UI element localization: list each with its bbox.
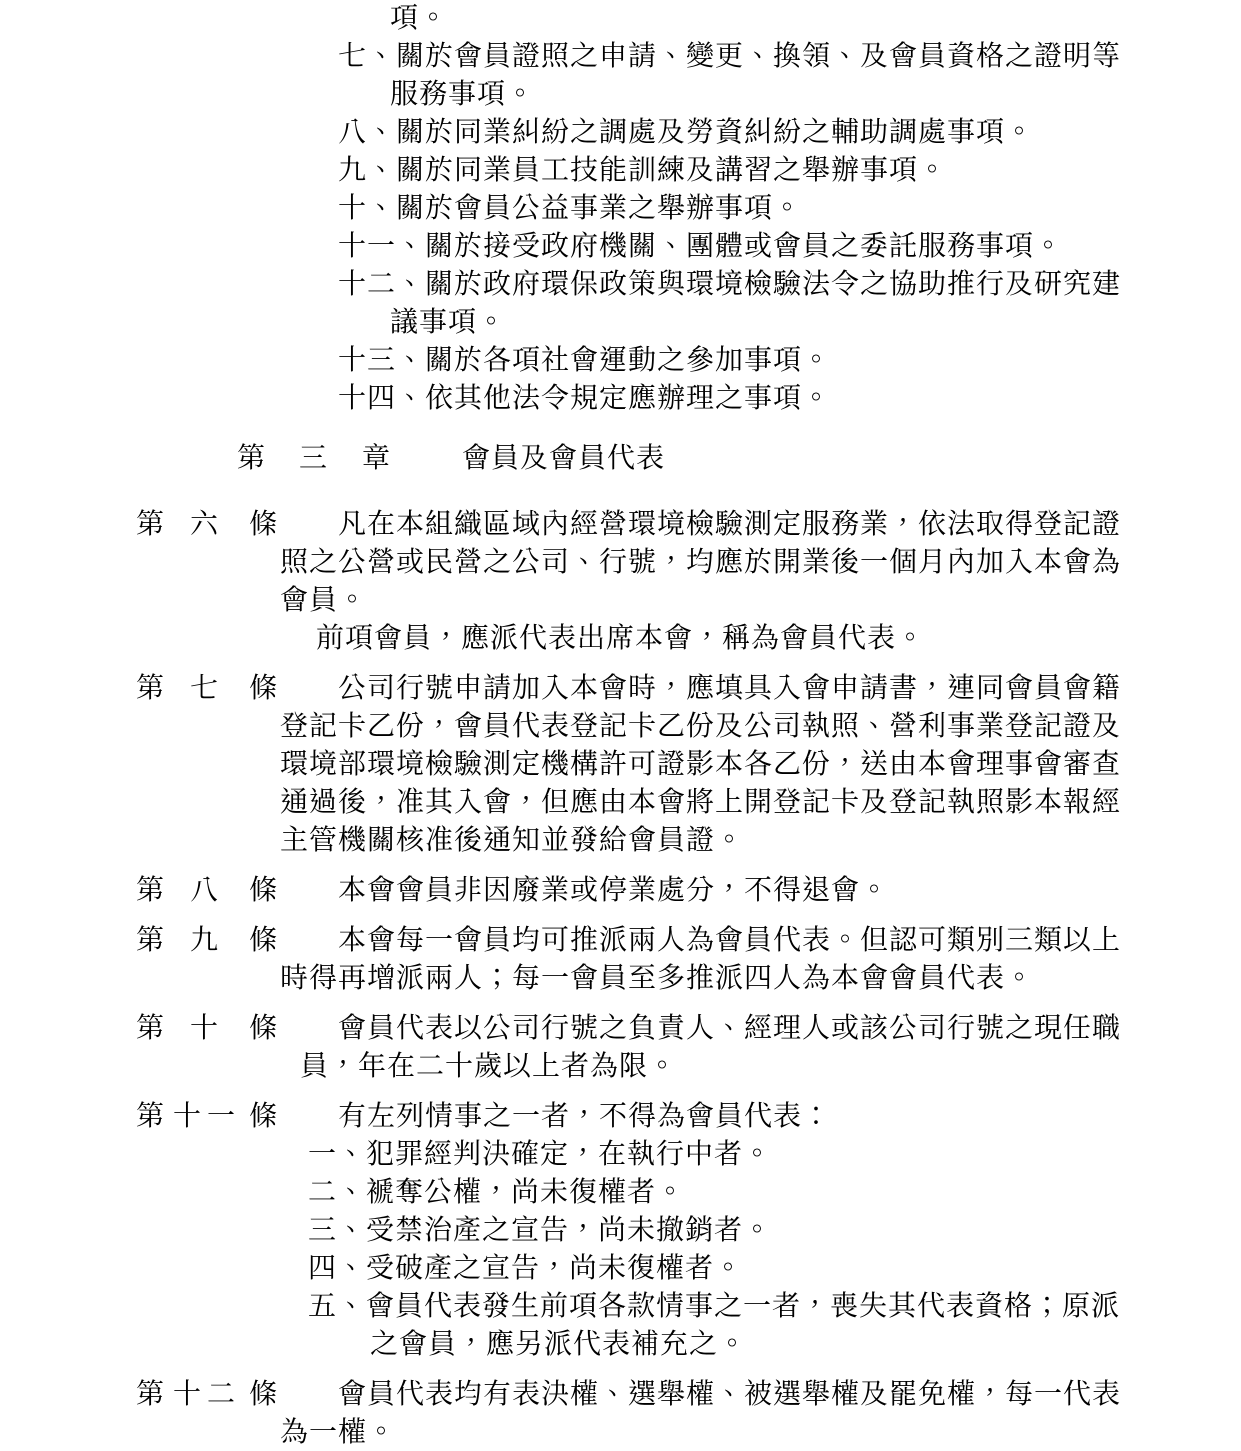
article: 第七條公司行號申請加入本會時，應填具入會申請書，連同會員會籍登記卡乙份，會員代表… (0, 670, 1241, 860)
article-label-di: 第 (134, 670, 167, 708)
article-line: 一、犯罪經判決確定，在執行中者。 (308, 1136, 1241, 1174)
list-line: 九、關於同業員工技能訓練及講習之舉辦事項。 (338, 152, 1241, 190)
article-label-tiao: 條 (247, 1010, 280, 1048)
list-line: 服務事項。 (390, 76, 1241, 114)
document-page: 項。七、關於會員證照之申請、變更、換領、及會員資格之證明等服務事項。八、關於同業… (0, 0, 1241, 1451)
article-label-tiao: 條 (247, 670, 280, 708)
article-line: 三、受禁治產之宣告，尚未撤銷者。 (308, 1212, 1241, 1250)
article: 第九條本會每一會員均可推派兩人為會員代表。但認可類別三類以上時得再增派兩人；每一… (0, 922, 1241, 998)
article-line: 四、受破產之宣告，尚未復權者。 (308, 1250, 1241, 1288)
chapter-title: 會員及會員代表 (462, 443, 665, 474)
list-line: 十一、關於接受政府機關、團體或會員之委託服務事項。 (338, 228, 1241, 266)
article-line: 前項會員，應派代表出席本會，稱為會員代表。 (316, 620, 1241, 658)
article-first-line: 第十二條會員代表均有表決權、選舉權、被選舉權及罷免權，每一代表 (134, 1376, 1241, 1414)
top-list: 項。七、關於會員證照之申請、變更、換領、及會員資格之證明等服務事項。八、關於同業… (0, 0, 1241, 418)
list-line: 七、關於會員證照之申請、變更、換領、及會員資格之證明等 (338, 38, 1241, 76)
article-body-text: 本會每一會員均可推派兩人為會員代表。但認可類別三類以上 (338, 925, 1121, 956)
article-line: 五、會員代表發生前項各款情事之一者，喪失其代表資格；原派 (308, 1288, 1241, 1326)
article-label-di: 第 (134, 872, 167, 910)
article-line: 二、褫奪公權，尚未復權者。 (308, 1174, 1241, 1212)
article-line: 環境部環境檢驗測定機構許可證影本各乙份，送由本會理事會審查 (280, 746, 1241, 784)
article-label-tiao: 條 (247, 922, 280, 960)
article-line: 主管機關核准後通知並發給會員證。 (280, 822, 1241, 860)
article-label-di: 第 (134, 1098, 167, 1136)
article-label-tiao: 條 (247, 1376, 280, 1414)
article-label-number: 十 (167, 1010, 247, 1048)
article-line: 登記卡乙份，會員代表登記卡乙份及公司執照、營利事業登記證及 (280, 708, 1241, 746)
article-body-text: 有左列情事之一者，不得為會員代表： (338, 1101, 831, 1132)
list-line: 項。 (390, 0, 1241, 38)
article-label-number: 八 (167, 872, 247, 910)
article-line: 為一權。 (280, 1414, 1241, 1451)
list-line: 十三、關於各項社會運動之參加事項。 (338, 342, 1241, 380)
article-body-text: 會員代表以公司行號之負責人、經理人或該公司行號之現任職 (338, 1013, 1121, 1044)
article-first-line: 第十條會員代表以公司行號之負責人、經理人或該公司行號之現任職 (134, 1010, 1241, 1048)
article-line: 之會員，應另派代表補充之。 (370, 1326, 1241, 1364)
article-label-number: 六 (167, 506, 247, 544)
article-first-line: 第九條本會每一會員均可推派兩人為會員代表。但認可類別三類以上 (134, 922, 1241, 960)
article: 第八條本會會員非因廢業或停業處分，不得退會。 (0, 872, 1241, 910)
articles: 第六條凡在本組織區域內經營環境檢驗測定服務業，依法取得登記證照之公營或民營之公司… (0, 506, 1241, 1451)
article-line: 通過後，准其入會，但應由本會將上開登記卡及登記執照影本報經 (280, 784, 1241, 822)
article-first-line: 第七條公司行號申請加入本會時，應填具入會申請書，連同會員會籍 (134, 670, 1241, 708)
article-label-tiao: 條 (247, 1098, 280, 1136)
article-line: 時得再增派兩人；每一會員至多推派四人為本會會員代表。 (280, 960, 1241, 998)
article: 第十條會員代表以公司行號之負責人、經理人或該公司行號之現任職員，年在二十歲以上者… (0, 1010, 1241, 1086)
article-label-number: 十一 (167, 1098, 247, 1136)
article-label-di: 第 (134, 922, 167, 960)
article-line: 照之公營或民營之公司、行號，均應於開業後一個月內加入本會為 (280, 544, 1241, 582)
chapter-di: 第 (235, 440, 268, 478)
list-line: 八、關於同業糾紛之調處及勞資糾紛之輔助調處事項。 (338, 114, 1241, 152)
article-body-text: 本會會員非因廢業或停業處分，不得退會。 (338, 875, 889, 906)
article-first-line: 第十一條有左列情事之一者，不得為會員代表： (134, 1098, 1241, 1136)
article-first-line: 第八條本會會員非因廢業或停業處分，不得退會。 (134, 872, 1241, 910)
article: 第十一條有左列情事之一者，不得為會員代表：一、犯罪經判決確定，在執行中者。二、褫… (0, 1098, 1241, 1364)
article-body-text: 會員代表均有表決權、選舉權、被選舉權及罷免權，每一代表 (338, 1379, 1121, 1410)
article: 第十二條會員代表均有表決權、選舉權、被選舉權及罷免權，每一代表為一權。 (0, 1376, 1241, 1451)
article-label-di: 第 (134, 506, 167, 544)
article-line: 員，年在二十歲以上者為限。 (300, 1048, 1241, 1086)
article-label-di: 第 (134, 1376, 167, 1414)
article-label-di: 第 (134, 1010, 167, 1048)
article-label-tiao: 條 (247, 872, 280, 910)
chapter-heading: 第三章會員及會員代表 (235, 440, 1241, 478)
article-label-number: 九 (167, 922, 247, 960)
article-body-text: 凡在本組織區域內經營環境檢驗測定服務業，依法取得登記證 (338, 509, 1121, 540)
article: 第六條凡在本組織區域內經營環境檢驗測定服務業，依法取得登記證照之公營或民營之公司… (0, 506, 1241, 658)
article-first-line: 第六條凡在本組織區域內經營環境檢驗測定服務業，依法取得登記證 (134, 506, 1241, 544)
article-label-number: 七 (167, 670, 247, 708)
list-line: 議事項。 (390, 304, 1241, 342)
chapter-zhang: 章 (360, 440, 393, 478)
article-label-number: 十二 (167, 1376, 247, 1414)
list-line: 十四、依其他法令規定應辦理之事項。 (338, 380, 1241, 418)
list-line: 十、關於會員公益事業之舉辦事項。 (338, 190, 1241, 228)
article-body-text: 公司行號申請加入本會時，應填具入會申請書，連同會員會籍 (338, 673, 1121, 704)
article-line: 會員。 (280, 582, 1241, 620)
article-label-tiao: 條 (247, 506, 280, 544)
chapter-number: 三 (297, 440, 330, 478)
list-line: 十二、關於政府環保政策與環境檢驗法令之協助推行及研究建 (338, 266, 1241, 304)
